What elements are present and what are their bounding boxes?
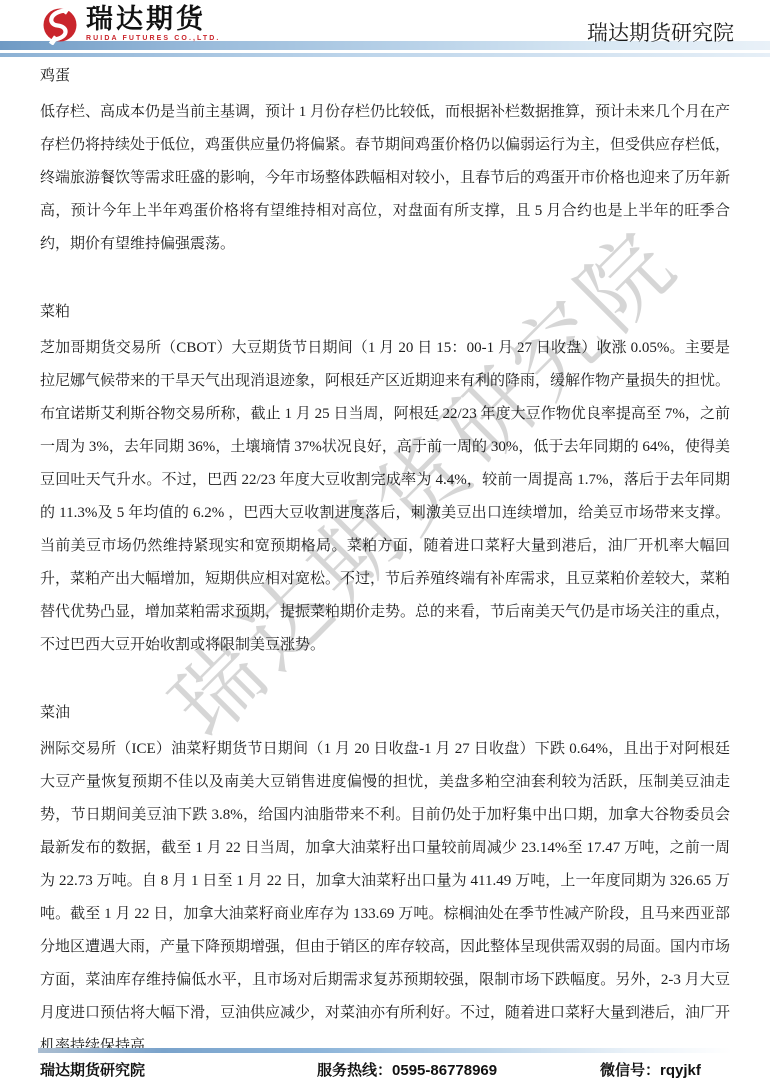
section-heading-rapeseed-meal: 菜粕 — [40, 296, 730, 329]
company-logo: 瑞达期货 RUIDA FUTURES CO.,LTD. — [40, 5, 220, 45]
report-body: 鸡蛋 低存栏、高成本仍是当前主基调，预计 1 月份存栏仍比较低，而根据补栏数据推… — [40, 60, 730, 1063]
footer-wechat-id: rqyjkf — [660, 1062, 701, 1079]
footer-hotline-number: 0595-86778969 — [392, 1062, 497, 1079]
page-footer: 瑞达期货研究院 服务热线：0595-86778969 微信号：rqyjkf — [40, 1060, 730, 1082]
footer-institute: 瑞达期货研究院 — [40, 1060, 317, 1082]
report-page: 瑞达期货 RUIDA FUTURES CO.,LTD. 瑞达期货研究院 瑞达期货… — [0, 0, 770, 1090]
section-heading-rapeseed-oil: 菜油 — [40, 697, 730, 730]
footer-hotline: 服务热线：0595-86778969 — [317, 1060, 600, 1082]
section-egg: 鸡蛋 低存栏、高成本仍是当前主基调，预计 1 月份存栏仍比较低，而根据补栏数据推… — [40, 60, 730, 261]
research-institute-title: 瑞达期货研究院 — [587, 17, 734, 47]
footer-wechat-label: 微信号： — [600, 1062, 660, 1079]
section-paragraph-egg: 低存栏、高成本仍是当前主基调，预计 1 月份存栏仍比较低，而根据补栏数据推算，预… — [40, 96, 730, 261]
brand-name: 瑞达期货 — [86, 5, 220, 34]
footer-divider — [38, 1048, 732, 1053]
section-paragraph-rapeseed-oil: 洲际交易所（ICE）油菜籽期货节日期间（1 月 20 日收盘-1 月 27 日收… — [40, 733, 730, 1063]
section-rapeseed-oil: 菜油 洲际交易所（ICE）油菜籽期货节日期间（1 月 20 日收盘-1 月 27… — [40, 697, 730, 1063]
ruida-logo-icon — [40, 5, 80, 45]
footer-hotline-label: 服务热线： — [317, 1062, 392, 1079]
section-heading-egg: 鸡蛋 — [40, 60, 730, 93]
footer-wechat: 微信号：rqyjkf — [600, 1060, 730, 1082]
section-rapeseed-meal: 菜粕 芝加哥期货交易所（CBOT）大豆期货节日期间（1 月 20 日 15：00… — [40, 296, 730, 662]
section-paragraph-rapeseed-meal: 芝加哥期货交易所（CBOT）大豆期货节日期间（1 月 20 日 15：00-1 … — [40, 332, 730, 662]
brand-subtitle: RUIDA FUTURES CO.,LTD. — [86, 35, 220, 42]
header-divider-stripe — [0, 53, 770, 57]
logo-text: 瑞达期货 RUIDA FUTURES CO.,LTD. — [86, 5, 220, 42]
